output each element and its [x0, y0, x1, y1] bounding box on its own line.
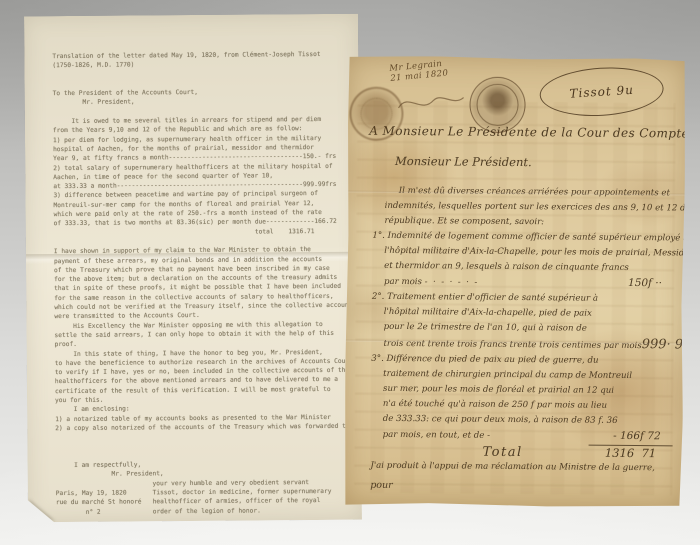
manuscript-line-text: par mois - · - · - · - — [384, 275, 477, 291]
manuscript-amount: - 166f 72 — [613, 429, 673, 445]
manuscript-amount: 1316 71 — [588, 445, 672, 462]
registry-annotation: Mr Legrain 21 mai 1820 — [389, 58, 449, 83]
ink-flourish-icon — [395, 90, 467, 117]
photo-background: Translation of the letter dated May 19, … — [0, 0, 700, 545]
manuscript-line-text: de 333.33: ce qui pour deux mois, à rais… — [383, 412, 618, 429]
manuscript-line-text: par mois, en tout, et de - — [383, 428, 490, 444]
oval-docket-text: Tissot 9u — [569, 83, 634, 101]
manuscript-amount: 150f ·· — [628, 276, 674, 291]
manuscript-line: pour le 2e trimestre de l'an 10, qui à r… — [372, 320, 674, 338]
round-ink-stamp-icon — [349, 87, 403, 141]
manuscript-line-text: pour — [370, 478, 393, 493]
official-seal-stamp-icon — [469, 77, 525, 133]
address-line: A Monsieur Le Présidente de la Cour des … — [369, 124, 685, 141]
manuscript-line: et thermidor an 9, lesquels à raison de … — [372, 259, 674, 277]
manuscript-line-text: pour le 2e trimestre de l'an 10, qui à r… — [384, 320, 587, 337]
manuscript-line-text: république. Et se composent, savoir: — [384, 214, 544, 230]
typed-line: n° 2 order of the legion of honor. — [56, 505, 360, 517]
manuscript-line-text: et thermidor an 9, lesquels à raison de … — [384, 259, 629, 276]
folded-corner — [28, 500, 54, 522]
manuscript-line: par mois, en tout, et de - - 166f 72 — [371, 427, 673, 446]
manuscript-amount: 999· 99· — [642, 337, 700, 353]
oval-docket-mark: Tissot 9u — [538, 64, 665, 119]
handwritten-manuscript: Mr Legrain 21 mai 1820 Tissot 9u A Monsi… — [344, 56, 686, 509]
typed-letter-text: Translation of the letter dated May 19, … — [24, 14, 362, 517]
manuscript-line-text: Total — [482, 445, 522, 460]
manuscript-line-text: J'ai produit à l'appui de ma réclamation… — [370, 459, 655, 476]
salutation-line: Monsieur Le Président. — [395, 154, 685, 171]
manuscript-line: pour — [370, 478, 672, 496]
manuscript-line: de 333.33: ce qui pour deux mois, à rais… — [371, 412, 673, 430]
manuscript-line: J'ai produit à l'appui de ma réclamation… — [370, 459, 672, 477]
typed-translation-letter: Translation of the letter dated May 19, … — [24, 14, 362, 523]
